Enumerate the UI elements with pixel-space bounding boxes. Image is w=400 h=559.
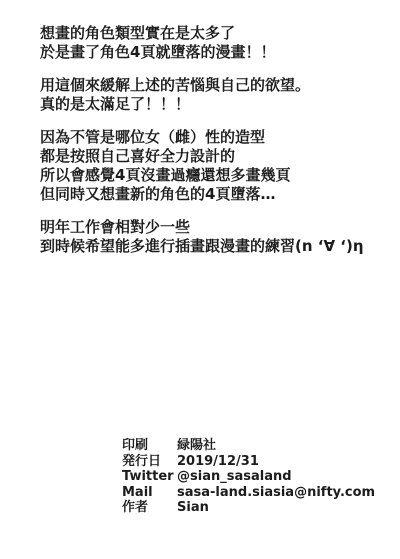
afterword-paragraph: 因為不管是哪位女（雌）性的造型 都是按照自己喜好全力設計的 所以會感覺4頁沒畫過…: [40, 128, 390, 204]
text-line: 因為不管是哪位女（雌）性的造型: [40, 128, 390, 147]
credits-block: 印刷 緑陽社 発行日 2019/12/31 Twitter @sian_sasa…: [122, 438, 375, 516]
afterword-text-block: 想畫的角色類型實在是太多了 於是畫了角色4頁就墮落的漫畫！！ 用這個來緩解上述的…: [40, 24, 390, 270]
afterword-paragraph: 想畫的角色類型實在是太多了 於是畫了角色4頁就墮落的漫畫！！: [40, 24, 390, 62]
text-line: 用這個來緩解上述的苦惱與自己的欲望。: [40, 76, 390, 95]
credit-label: 発行日: [122, 454, 177, 470]
credit-value: @sian_sasaland: [177, 469, 292, 485]
text-line: 都是按照自己喜好全力設計的: [40, 147, 390, 166]
afterword-paragraph: 明年工作會相對少一些 到時候希望能多進行插畫跟漫畫的練習(n ‘∀ ‘)η: [40, 218, 390, 256]
credit-label: 作者: [122, 500, 177, 516]
credit-value: 2019/12/31: [177, 454, 259, 470]
credit-label: 印刷: [122, 438, 177, 454]
text-line: 真的是太滿足了！！！: [40, 95, 390, 114]
afterword-page: 想畫的角色類型實在是太多了 於是畫了角色4頁就墮落的漫畫！！ 用這個來緩解上述的…: [0, 0, 400, 559]
text-line: 明年工作會相對少一些: [40, 218, 390, 237]
text-line: 到時候希望能多進行插畫跟漫畫的練習(n ‘∀ ‘)η: [40, 237, 390, 256]
text-line: 但同時又想畫新的角色的4頁墮落…: [40, 185, 390, 204]
credit-row-twitter: Twitter @sian_sasaland: [122, 469, 375, 485]
credit-value: 緑陽社: [177, 438, 216, 454]
credit-label: Mail: [122, 485, 177, 501]
credit-row-author: 作者 Sian: [122, 500, 375, 516]
text-line: 所以會感覺4頁沒畫過癮還想多畫幾頁: [40, 166, 390, 185]
afterword-paragraph: 用這個來緩解上述的苦惱與自己的欲望。 真的是太滿足了！！！: [40, 76, 390, 114]
text-line: 想畫的角色類型實在是太多了: [40, 24, 390, 43]
credit-value: sasa-land.siasia@nifty.com: [177, 485, 375, 501]
credit-row-mail: Mail sasa-land.siasia@nifty.com: [122, 485, 375, 501]
credit-label: Twitter: [122, 469, 177, 485]
credit-value: Sian: [177, 500, 209, 516]
credit-row-printer: 印刷 緑陽社: [122, 438, 375, 454]
text-line: 於是畫了角色4頁就墮落的漫畫！！: [40, 43, 390, 62]
credit-row-publish-date: 発行日 2019/12/31: [122, 454, 375, 470]
